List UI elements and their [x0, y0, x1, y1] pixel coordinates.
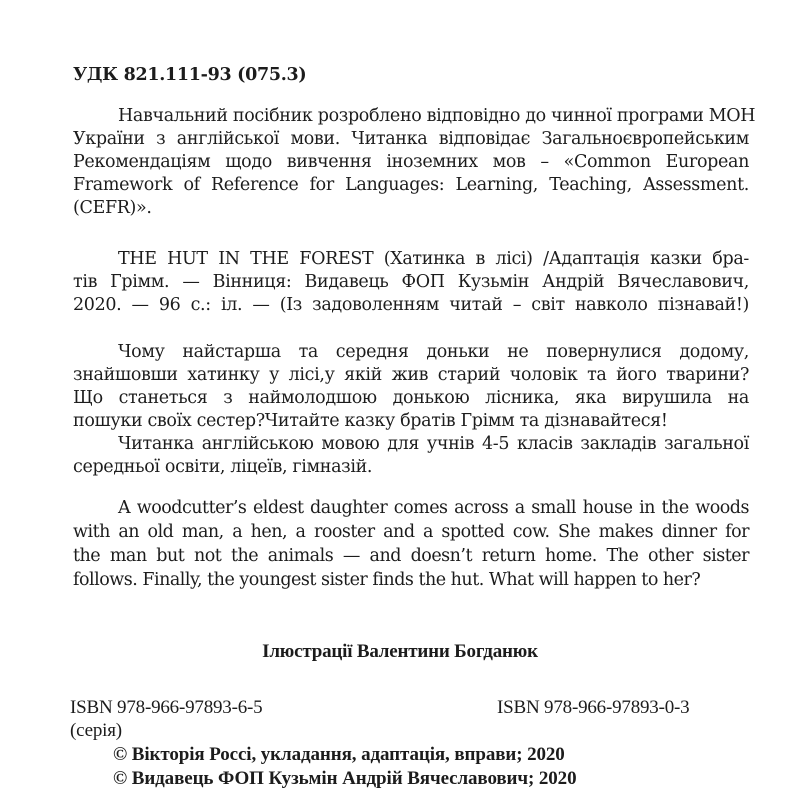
summary-uk-line: пошуки своїх сестер?Читайте казку братів… — [73, 410, 749, 433]
summary-en-line: A woodcutter’s eldest daughter comes acr… — [73, 496, 749, 520]
summary-en-line: with an old man, a hen, a rooster and a … — [73, 520, 749, 544]
summary-english: A woodcutter’s eldest daughter comes acr… — [73, 496, 749, 592]
annotation-line: Framework of Reference for Languages: Le… — [73, 174, 749, 197]
isbn-book: ISBN 978-966-97893-0-3 — [497, 696, 689, 719]
audience-note: Читанка англійською мовою для учнів 4-5 … — [73, 433, 749, 479]
copyright-publisher: © Видавець ФОП Кузьмін Андрій Вячеславов… — [113, 767, 576, 790]
annotation-line: Рекомендаціям щодо вивчення іноземних мо… — [73, 151, 749, 174]
bibliographic-line: THE HUT IN THE FOREST (Хатинка в лісі) /… — [73, 248, 749, 271]
book-imprint-page: УДК 821.111-93 (075.3) Навчальний посібн… — [0, 0, 800, 799]
summary-en-line: follows. Finally, the youngest sister fi… — [73, 568, 749, 592]
annotation-line: України з англійської мови. Читанка відп… — [73, 128, 749, 151]
copyright-author: © Вікторія Россі, укладання, адаптація, … — [113, 743, 565, 766]
summary-en-line: the man but not the animals — and doesn’… — [73, 544, 749, 568]
bibliographic-line: 2020. — 96 с.: іл. — (Із задоволенням чи… — [73, 294, 749, 317]
annotation-line: (CEFR)». — [73, 197, 749, 220]
summary-uk-line: знайшовши хатинку у лісі,у якій жив стар… — [73, 364, 749, 387]
isbn-series-note: (серія) — [70, 719, 122, 742]
annotation-paragraph: Навчальний посібник розроблено відповідн… — [73, 105, 749, 220]
bibliographic-line: тів Грімм. — Вінниця: Видавець ФОП Кузьм… — [73, 271, 749, 294]
bibliographic-description: THE HUT IN THE FOREST (Хатинка в лісі) /… — [73, 248, 749, 317]
audience-line: Читанка англійською мовою для учнів 4-5 … — [73, 433, 749, 456]
isbn-series: ISBN 978-966-97893-6-5 — [70, 696, 262, 719]
udk-classification: УДК 821.111-93 (075.3) — [73, 64, 306, 87]
audience-line: середньої освіти, ліцеїв, гімназій. — [73, 456, 749, 479]
illustrator-credit: Ілюстрації Валентини Богданюк — [0, 640, 800, 663]
summary-ukrainian: Чому найстарша та середня доньки не пове… — [73, 341, 749, 433]
annotation-line: Навчальний посібник розроблено відповідн… — [73, 105, 749, 128]
summary-uk-line: Чому найстарша та середня доньки не пове… — [73, 341, 749, 364]
summary-uk-line: Що станеться з наймолодшою донькою лісни… — [73, 387, 749, 410]
